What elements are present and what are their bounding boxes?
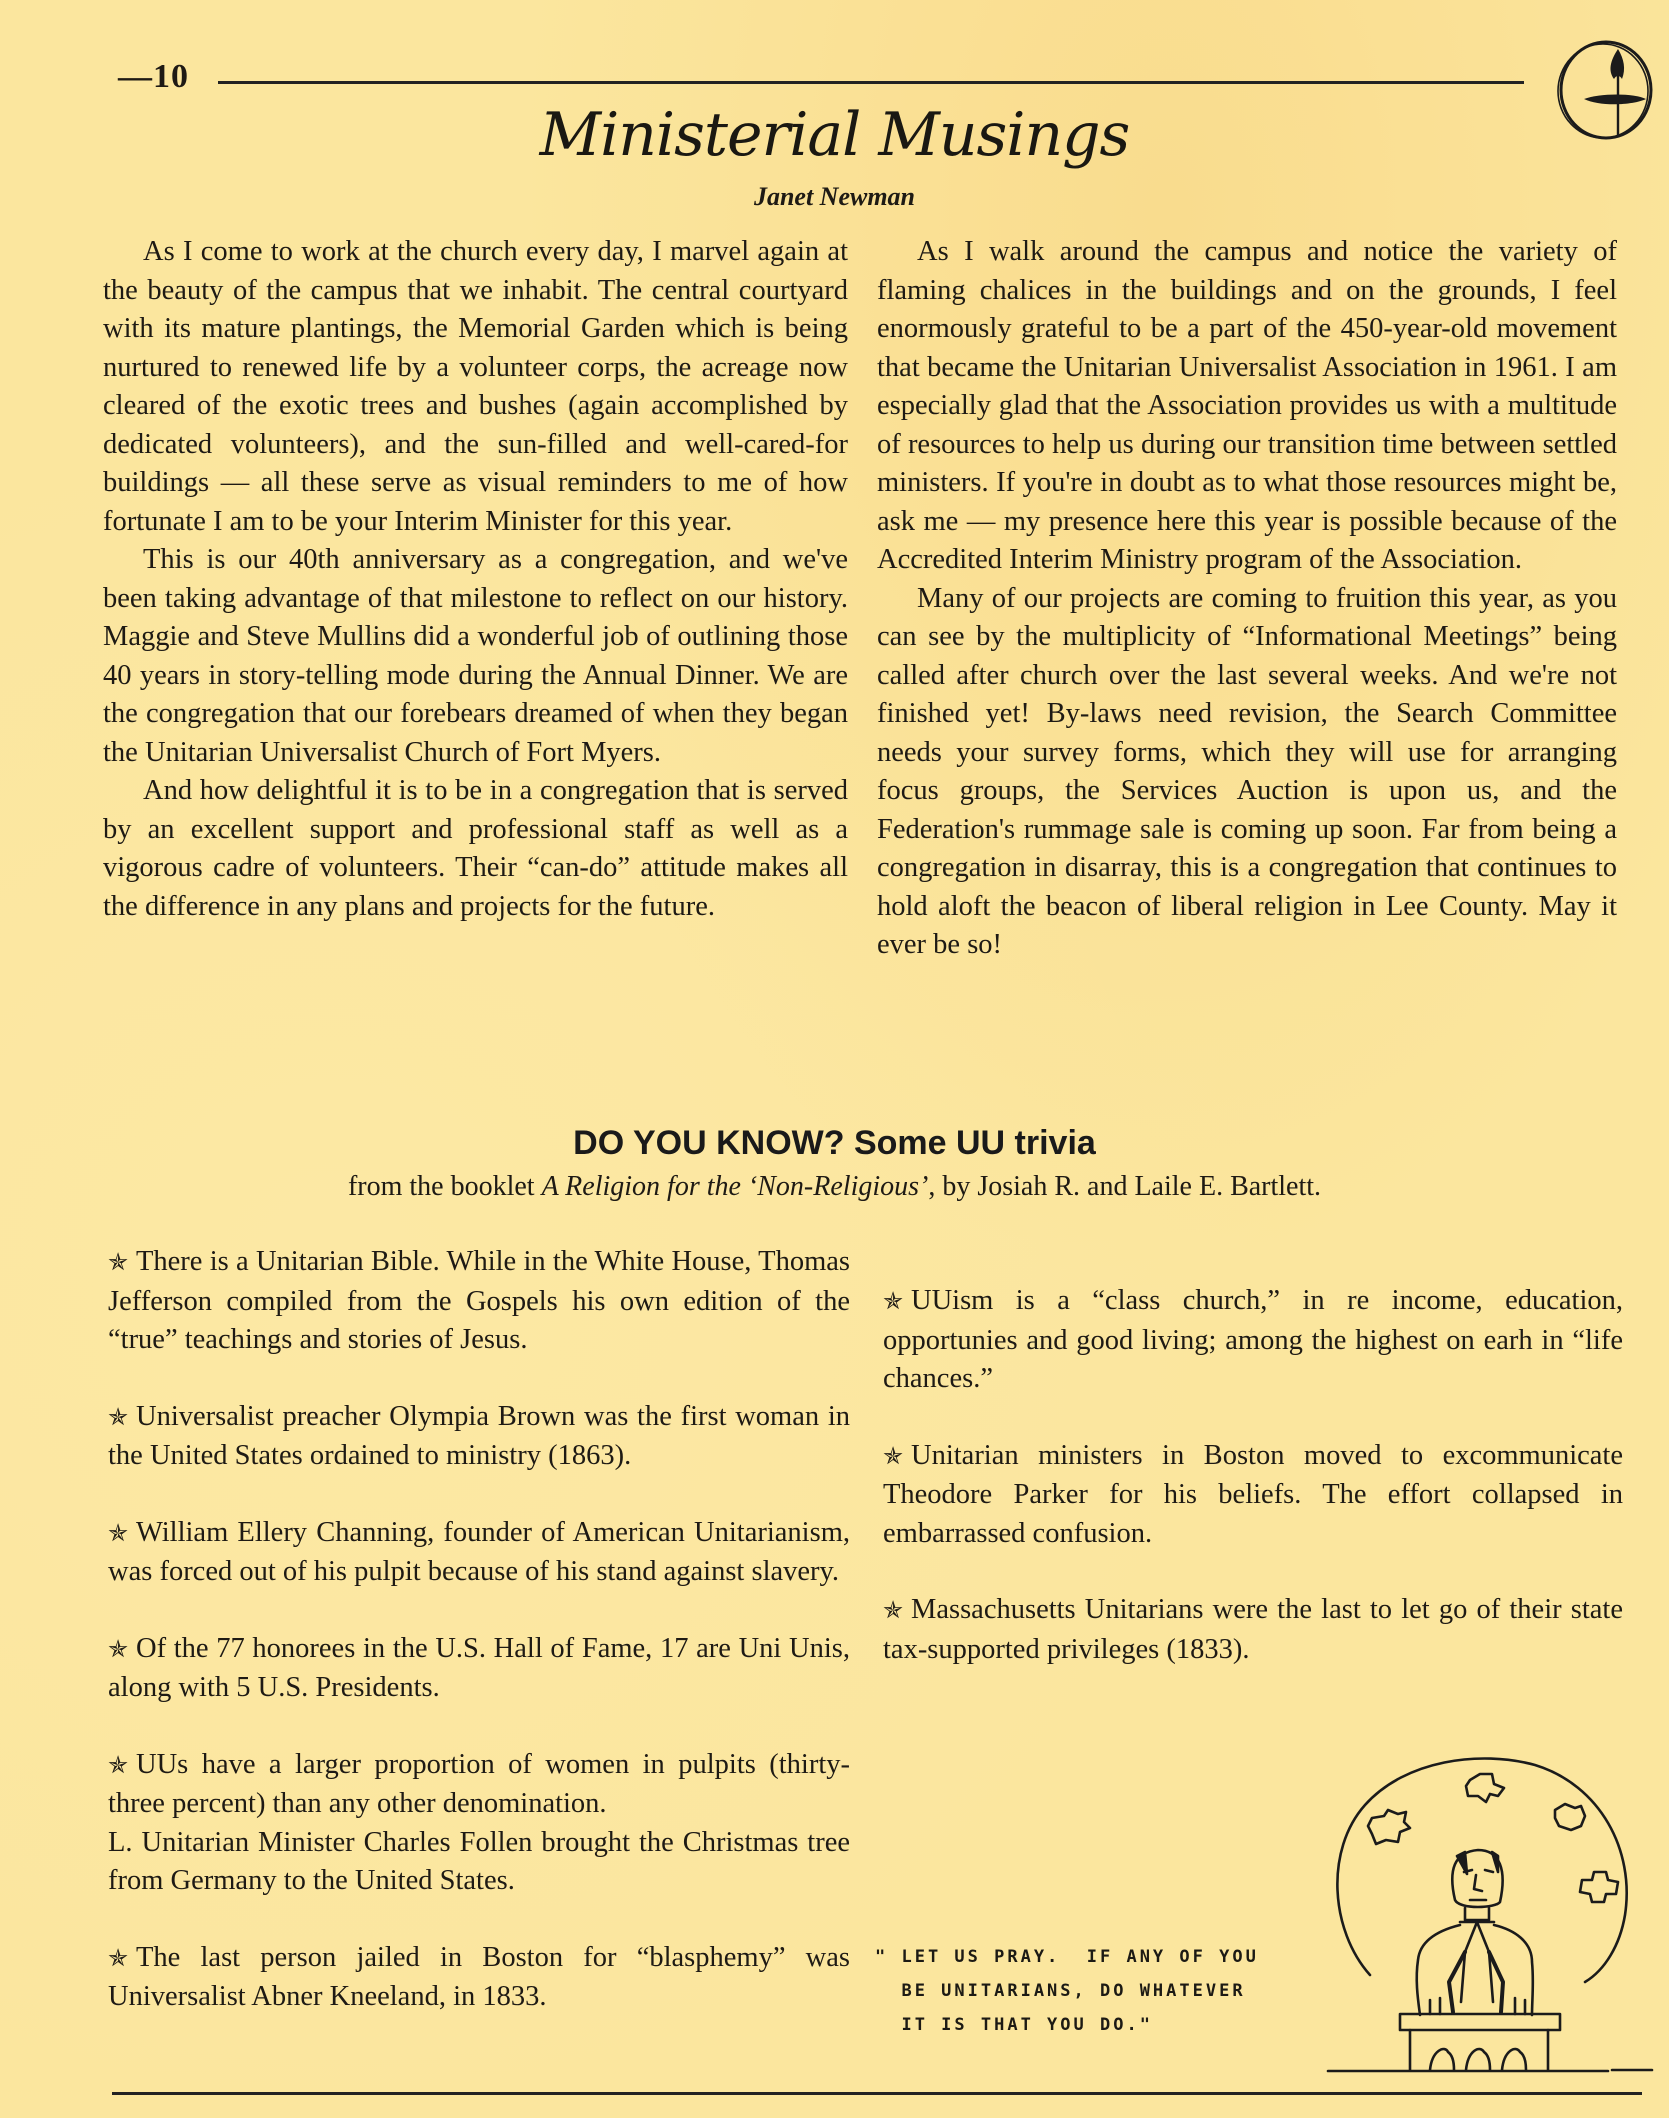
star-icon: ✯ (108, 1244, 136, 1283)
trivia-item: ✯UUism is a “class church,” in re income… (883, 1282, 1623, 1399)
trivia-left-column: ✯There is a Unitarian Bible. While in th… (108, 1243, 850, 2055)
star-icon: ✯ (108, 1515, 136, 1554)
source-book-title: A Religion for the ‘Non-Religious’ (542, 1171, 929, 1202)
cloud-icon (1580, 1872, 1618, 1902)
trivia-item: ✯UUs have a larger proportion of women i… (108, 1746, 850, 1901)
trivia-item: ✯William Ellery Channing, founder of Ame… (108, 1514, 850, 1592)
star-icon: ✯ (883, 1438, 911, 1477)
cloud-icon (1368, 1810, 1410, 1844)
paragraph: And how delightful it is to be in a cong… (103, 772, 848, 926)
article-left-column: As I come to work at the church every da… (103, 233, 848, 926)
trivia-heading: DO YOU KNOW? Some UU trivia (0, 1124, 1669, 1163)
trivia-item: ✯The last person jailed in Boston for “b… (108, 1939, 850, 2017)
trivia-item: ✯Unitarian ministers in Boston moved to … (883, 1437, 1623, 1554)
trivia-item: ✯Universalist preacher Olympia Brown was… (108, 1398, 850, 1476)
article-right-column: As I walk around the campus and notice t… (877, 233, 1617, 965)
article-author: Janet Newman (0, 182, 1669, 212)
cartoon-caption: " LET US PRAY. IF ANY OF YOU BE UNITARIA… (875, 1940, 1335, 2042)
header-rule (218, 81, 1524, 84)
paragraph: As I come to work at the church every da… (103, 233, 848, 541)
trivia-item: ✯Of the 77 honorees in the U.S. Hall of … (108, 1630, 850, 1708)
trivia-item: ✯There is a Unitarian Bible. While in th… (108, 1243, 850, 1360)
paragraph: This is our 40th anniversary as a congre… (103, 541, 848, 772)
trivia-right-column: ✯UUism is a “class church,” in re income… (883, 1282, 1623, 1707)
star-icon: ✯ (108, 1747, 136, 1786)
star-icon: ✯ (883, 1283, 911, 1322)
cloud-icon (1466, 1774, 1504, 1802)
footer-rule (112, 2092, 1642, 2095)
star-icon: ✯ (108, 1940, 136, 1979)
source-prefix: from the booklet (348, 1171, 542, 1202)
source-suffix: , by Josiah R. and Laile E. Bartlett. (928, 1171, 1321, 1202)
paragraph: Many of our projects are coming to fruit… (877, 580, 1617, 965)
page-number: —10 (118, 58, 189, 96)
minister-at-pulpit-drawing (1320, 1730, 1669, 2080)
cloud-icon (1555, 1804, 1585, 1830)
article-title: Ministerial Musings (0, 100, 1669, 170)
trivia-item: ✯Massachusetts Unitarians were the last … (883, 1591, 1623, 1669)
trivia-source: from the booklet A Religion for the ‘Non… (0, 1171, 1669, 1203)
trivia-item-extra: L. Unitarian Minister Charles Follen bro… (108, 1827, 850, 1897)
paragraph: As I walk around the campus and notice t… (877, 233, 1617, 580)
star-icon: ✯ (883, 1592, 911, 1631)
star-icon: ✯ (108, 1631, 136, 1670)
star-icon: ✯ (108, 1399, 136, 1438)
